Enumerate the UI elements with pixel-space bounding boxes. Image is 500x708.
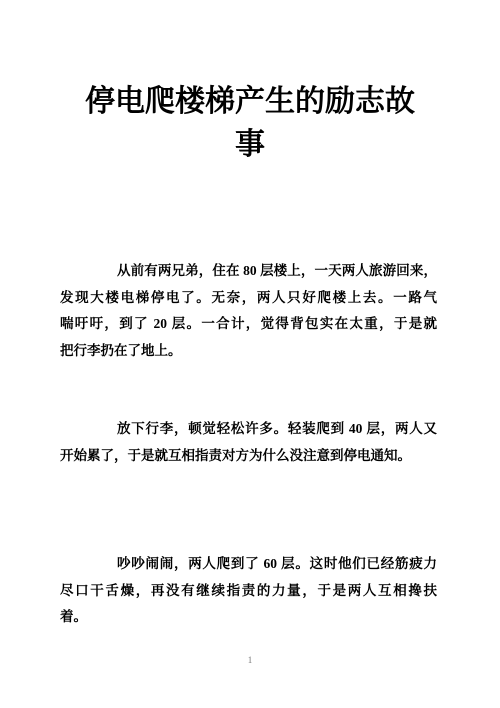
text-line: 着。 [60,604,437,631]
text-line: 把行李扔在了地上。 [60,338,437,365]
paragraph-1: 从前有两兄弟，住在 80 层楼上，一天两人旅游回来，发现大楼电梯停电了。无奈，两… [60,258,437,364]
paragraph-2: 放下行李，顿觉轻松许多。轻装爬到 40 层，两人又开始累了，于是就互相指责对方为… [60,416,437,469]
text-line: 喘吁吁，到了 20 层。一合计，觉得背包实在太重，于是就 [60,311,437,338]
document-title: 停电爬楼梯产生的励志故 事 [0,0,500,166]
paragraph-3: 吵吵闹闹，两人爬到了 60 层。这时他们已经筋疲力尽口干舌燥，再没有继续指责的力… [60,551,437,631]
text-line: 从前有两兄弟，住在 80 层楼上，一天两人旅游回来， [60,258,437,285]
text-line: 发现大楼电梯停电了。无奈，两人只好爬楼上去。一路气 [60,285,437,312]
title-line-2: 事 [0,123,500,166]
page-number: 1 [248,655,253,665]
text-line: 放下行李，顿觉轻松许多。轻装爬到 40 层，两人又 [60,416,437,443]
text-line: 尽口干舌燥，再没有继续指责的力量，于是两人互相搀扶 [60,578,437,605]
document-body: 从前有两兄弟，住在 80 层楼上，一天两人旅游回来，发现大楼电梯停电了。无奈，两… [60,258,437,631]
document-page: 停电爬楼梯产生的励志故 事 从前有两兄弟，住在 80 层楼上，一天两人旅游回来，… [0,0,500,708]
text-line: 吵吵闹闹，两人爬到了 60 层。这时他们已经筋疲力 [60,551,437,578]
title-line-1: 停电爬楼梯产生的励志故 [0,80,500,123]
text-line: 开始累了，于是就互相指责对方为什么没注意到停电通知。 [60,443,437,470]
page-footer: 1 [0,650,500,668]
